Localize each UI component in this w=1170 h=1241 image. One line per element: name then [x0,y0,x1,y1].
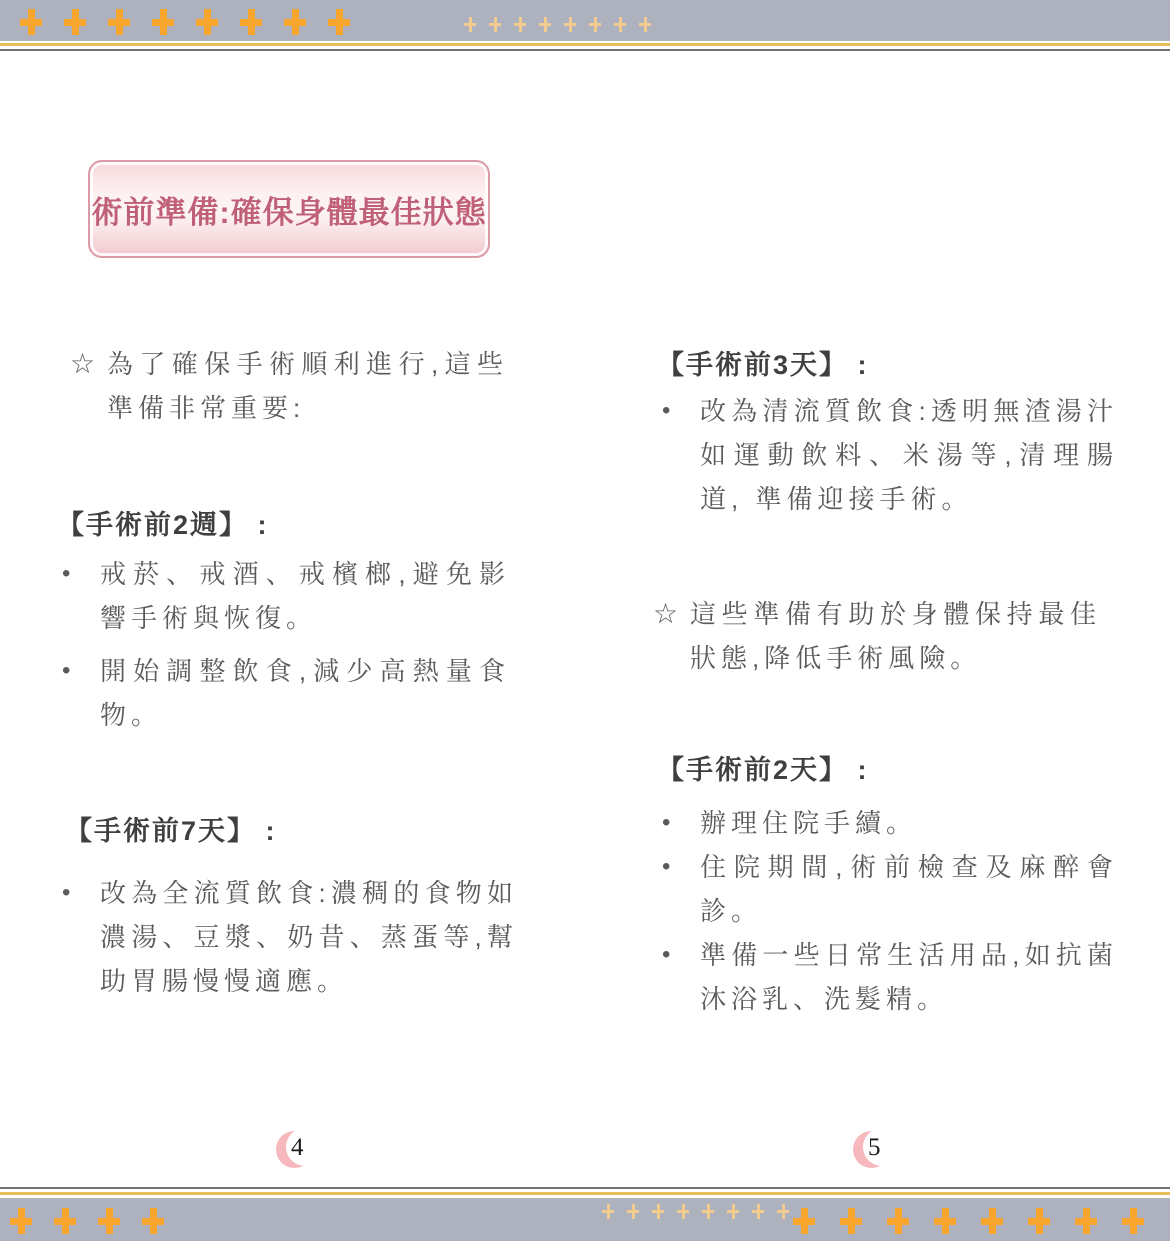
star-icon: ☆ [70,342,95,386]
section-heading-2weeks: 【手術前2週】 : [57,508,269,542]
list-item: •準備一些日常生活用品,如抗菌沐浴乳、洗髮精。 [655,933,1118,1021]
bullet-icon: • [662,845,670,889]
crescent-moon-icon: 4 [276,1131,313,1168]
plus-cross-icon [196,9,218,35]
section-heading-2days: 【手術前2天】 : [657,753,869,787]
bullet-icon: • [662,933,670,977]
plus-cross-icon [284,9,306,35]
plus-cross-icon [887,1208,909,1234]
bottom-cross-row-left [10,1208,164,1234]
summary-note-text: 這些準備有助於身體保持最佳狀態,降低手術風險。 [690,599,1101,673]
bottom-cross-row-right [793,1208,1144,1234]
bullet-icon: • [662,801,670,845]
plus-cross-icon [464,17,476,32]
plus-cross-icon [1075,1208,1097,1234]
intro-note: ☆為了確保手術順利進行,這些準備非常重要: [70,342,508,430]
plus-cross-icon [639,17,651,32]
title-box: 術前準備:確保身體最佳狀態 [88,160,490,258]
gold-rule-top [0,43,1170,46]
booklet-spread: 術前準備:確保身體最佳狀態 ☆為了確保手術順利進行,這些準備非常重要: 【手術前… [0,0,1170,1241]
plus-cross-icon [793,1208,815,1234]
star-icon: ☆ [653,592,678,636]
plus-cross-icon [752,1204,764,1219]
list-item-text: 辦理住院手續。 [700,808,917,838]
plus-cross-icon [627,1204,639,1219]
plus-cross-icon [981,1208,1003,1234]
page-number-left: 4 [291,1134,304,1162]
list-item: •戒菸、戒酒、戒檳榔,避免影響手術與恢復。 [55,552,510,640]
list-item: •開始調整飲食,減少高熱量食物。 [55,649,510,737]
top-cross-row-large [20,9,350,35]
list-item: •改為清流質飲食:透明無渣湯汁如運動飲料、米湯等,清理腸道, 準備迎接手術。 [655,389,1118,521]
list-item-text: 準備一些日常生活用品,如抗菌沐浴乳、洗髮精。 [700,940,1118,1014]
plus-cross-icon [677,1204,689,1219]
plus-cross-icon [10,1208,32,1234]
section-heading-7days: 【手術前7天】 : [65,814,277,848]
plus-cross-icon [539,17,551,32]
bullet-icon: • [62,649,70,693]
plus-cross-icon [777,1204,789,1219]
plus-cross-icon [142,1208,164,1234]
plus-cross-icon [652,1204,664,1219]
list-item: •改為全流質飲食:濃稠的食物如濃湯、豆漿、奶昔、蒸蛋等,幫助胃腸慢慢適應。 [55,871,518,1003]
summary-note: ☆這些準備有助於身體保持最佳狀態,降低手術風險。 [653,592,1101,680]
bottom-cross-row-small [602,1204,789,1219]
plus-cross-icon [934,1208,956,1234]
plus-cross-icon [328,9,350,35]
page-number-right: 5 [868,1134,881,1162]
plus-cross-icon [564,17,576,32]
plus-cross-icon [1122,1208,1144,1234]
plus-cross-icon [152,9,174,35]
list-item-text: 住院期間,術前檢查及麻醉會診。 [700,852,1118,926]
list-item-text: 改為清流質飲食:透明無渣湯汁如運動飲料、米湯等,清理腸道, 準備迎接手術。 [700,396,1118,514]
top-cross-row-small [464,17,651,32]
plus-cross-icon [98,1208,120,1234]
plus-cross-icon [54,1208,76,1234]
bullet-list-3days: •改為清流質飲食:透明無渣湯汁如運動飲料、米湯等,清理腸道, 準備迎接手術。 [655,389,1118,521]
plus-cross-icon [702,1204,714,1219]
plus-cross-icon [20,9,42,35]
gold-rule-bottom [0,1192,1170,1195]
bullet-icon: • [662,389,670,433]
page-title: 術前準備:確保身體最佳狀態 [91,187,486,232]
dark-rule-bottom [0,1187,1170,1189]
plus-cross-icon [64,9,86,35]
plus-cross-icon [602,1204,614,1219]
list-item-text: 戒菸、戒酒、戒檳榔,避免影響手術與恢復。 [100,559,510,633]
plus-cross-icon [614,17,626,32]
plus-cross-icon [727,1204,739,1219]
bullet-list-2days: •辦理住院手續。 •住院期間,術前檢查及麻醉會診。 •準備一些日常生活用品,如抗… [655,801,1118,1021]
bullet-list-2weeks: •戒菸、戒酒、戒檳榔,避免影響手術與恢復。 •開始調整飲食,減少高熱量食物。 [55,552,510,746]
plus-cross-icon [240,9,262,35]
section-heading-3days: 【手術前3天】 : [657,348,869,382]
plus-cross-icon [108,9,130,35]
plus-cross-icon [514,17,526,32]
intro-note-text: 為了確保手術順利進行,這些準備非常重要: [107,349,508,423]
dark-rule-top [0,49,1170,51]
plus-cross-icon [489,17,501,32]
list-item: •住院期間,術前檢查及麻醉會診。 [655,845,1118,933]
bullet-list-7days: •改為全流質飲食:濃稠的食物如濃湯、豆漿、奶昔、蒸蛋等,幫助胃腸慢慢適應。 [55,871,518,1012]
list-item: •辦理住院手續。 [655,801,1118,845]
bullet-icon: • [62,552,70,596]
crescent-moon-icon: 5 [853,1131,890,1168]
plus-cross-icon [1028,1208,1050,1234]
bullet-icon: • [62,871,70,915]
list-item-text: 開始調整飲食,減少高熱量食物。 [100,656,510,730]
plus-cross-icon [589,17,601,32]
plus-cross-icon [840,1208,862,1234]
list-item-text: 改為全流質飲食:濃稠的食物如濃湯、豆漿、奶昔、蒸蛋等,幫助胃腸慢慢適應。 [100,878,518,996]
